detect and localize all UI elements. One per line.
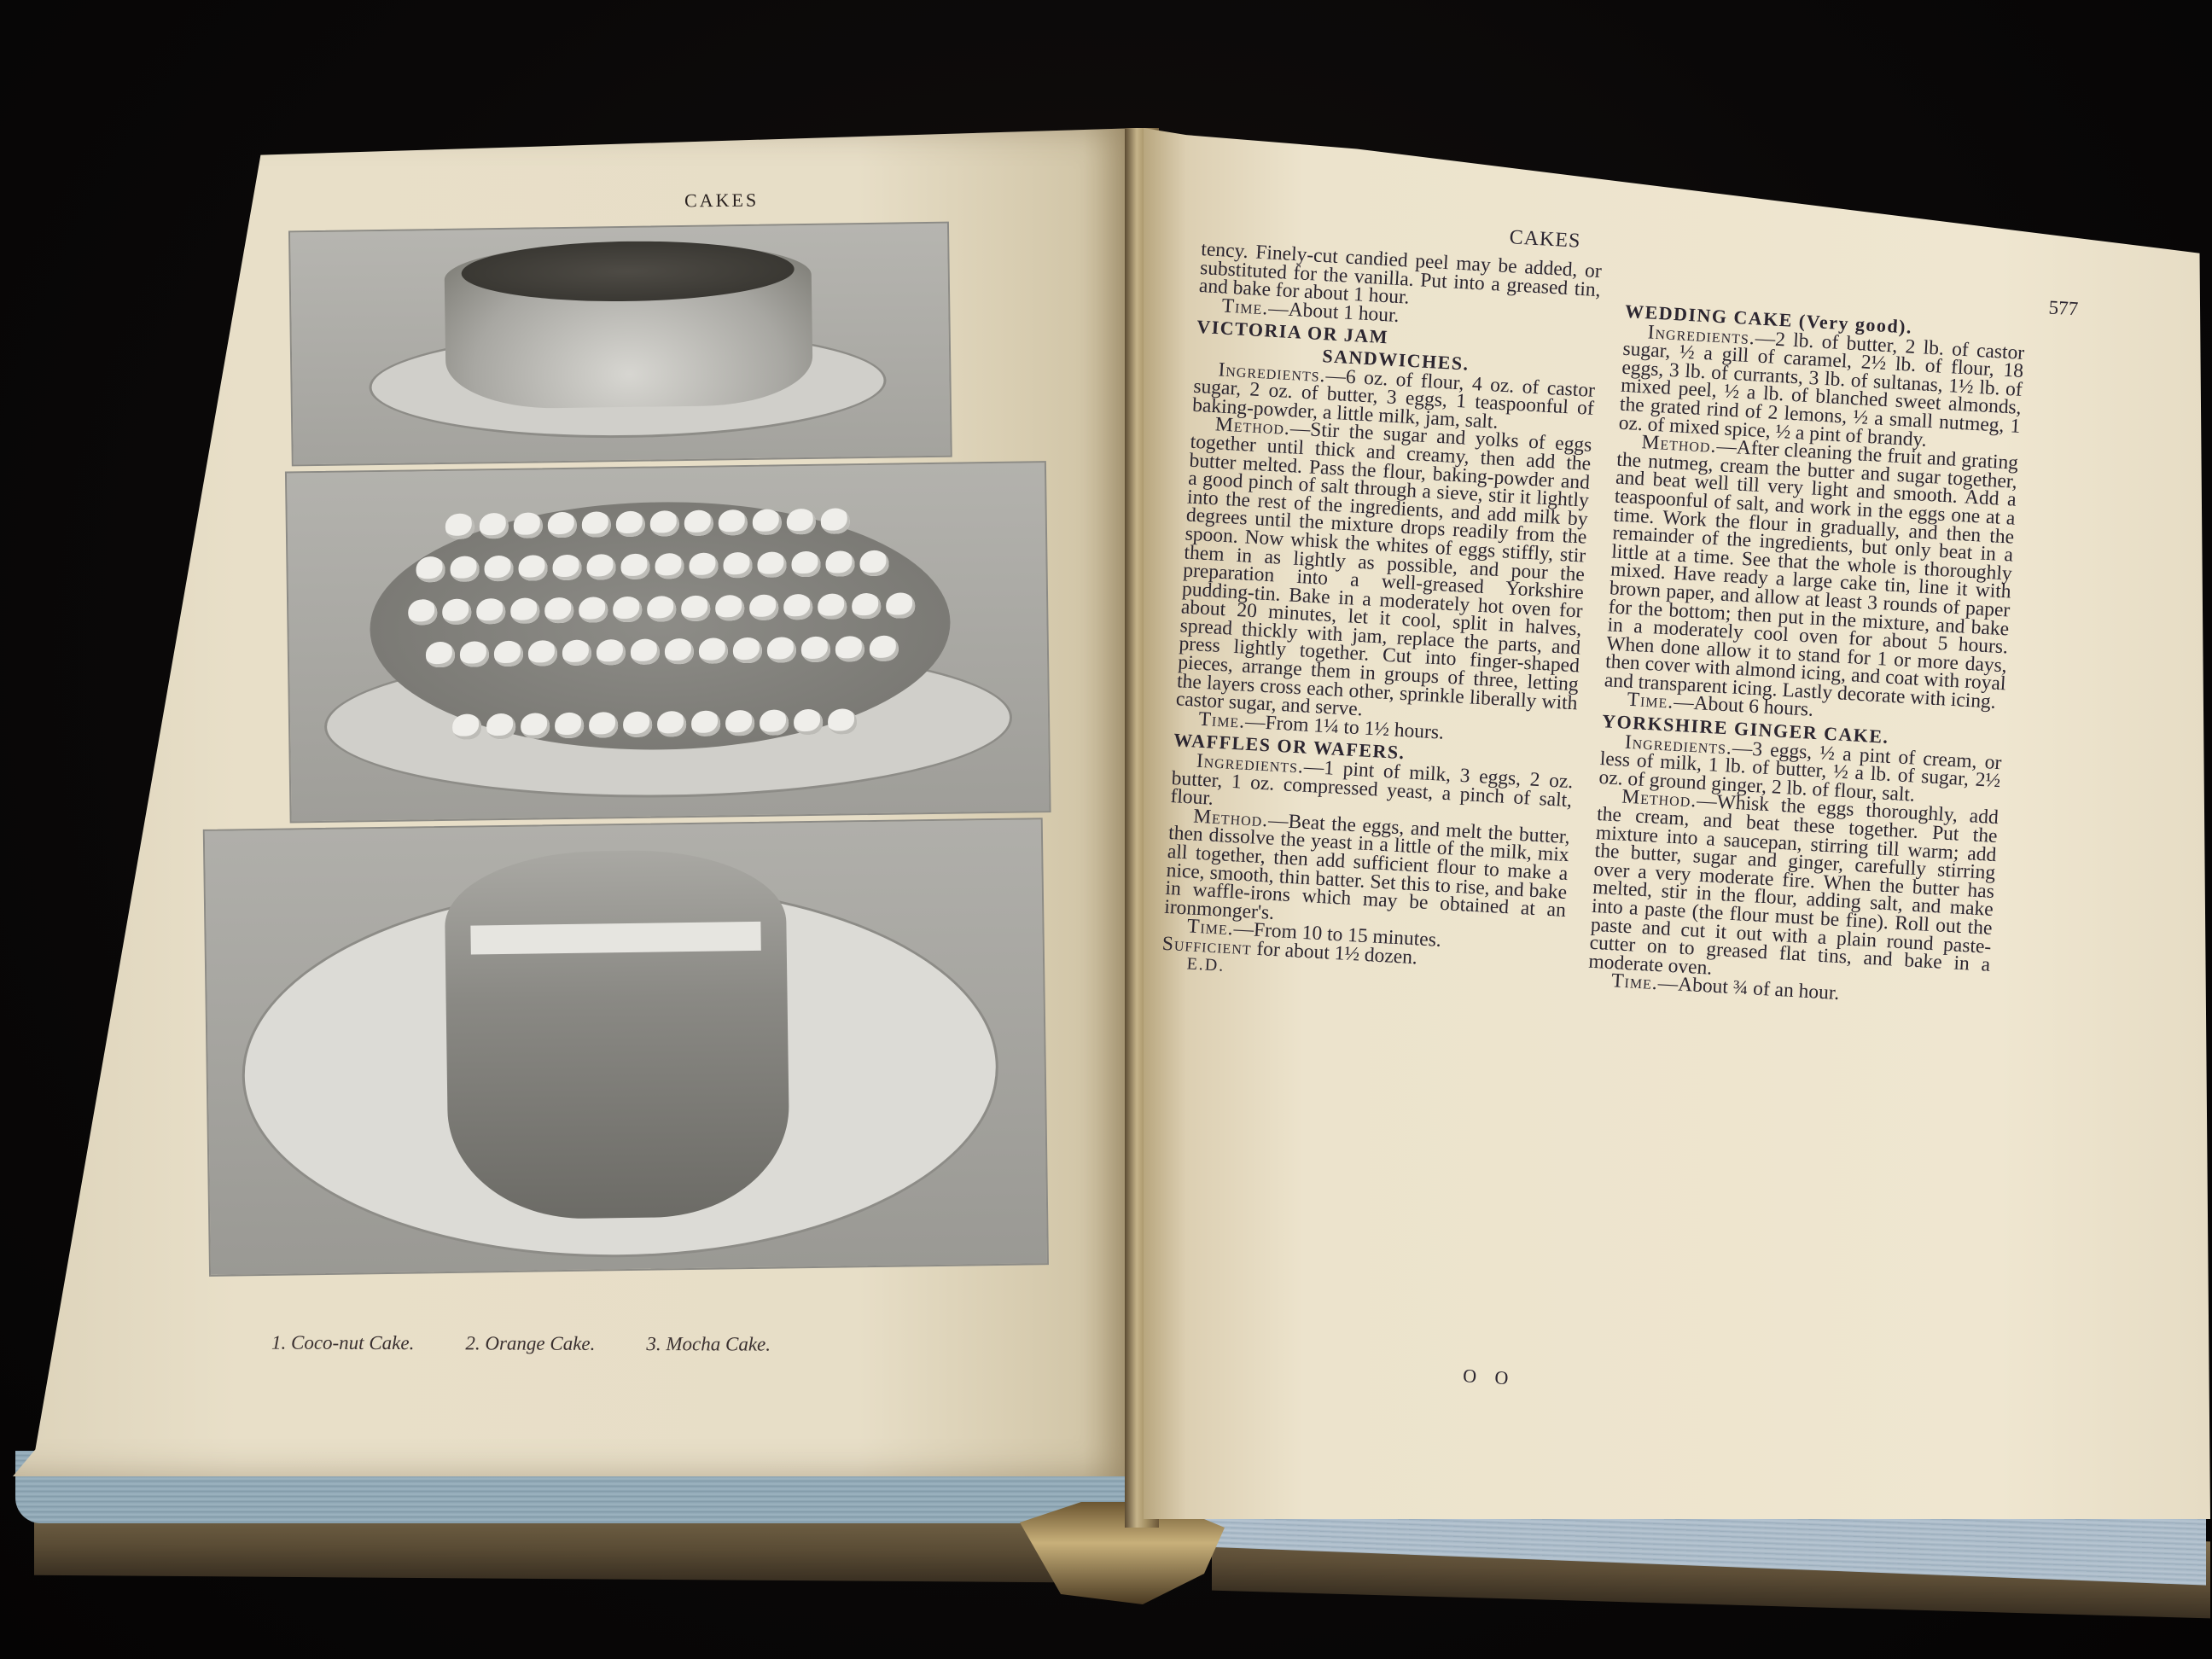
caption-item-3: 3. Mocha Cake.: [646, 1333, 771, 1356]
cake-label-band: [470, 922, 760, 955]
caption-item-1: 1. Coco-nut Cake.: [271, 1332, 414, 1355]
ginger-method: Method.—Whisk the eggs thoroughly, add t…: [1588, 787, 1999, 993]
photo-mocha-cake: [203, 818, 1049, 1277]
plate-caption: 1. Coco-nut Cake. 2. Orange Cake. 3. Moc…: [271, 1332, 971, 1357]
text-column-right: WEDDING CAKE (Very good). Ingredients.—2…: [1587, 299, 2027, 1012]
right-page-text: CAKES 577 tency. Finely-cut candied peel…: [1139, 241, 2087, 1398]
victoria-method: Method.—Stir the sugar and yolks of eggs…: [1175, 415, 1592, 731]
signature-oo: O O: [1463, 1366, 1516, 1388]
text-column-left: tency. Finely-cut candied peel may be ad…: [1161, 241, 1602, 994]
wedding-method: Method.—After cleaning the fruit and gra…: [1604, 433, 2018, 713]
right-running-head: CAKES: [1509, 229, 1581, 251]
cake-photo-plate: [195, 220, 1071, 1284]
photo-coconut-cake: [288, 222, 952, 467]
left-running-head: CAKES: [684, 189, 759, 212]
caption-item-2: 2. Orange Cake.: [465, 1332, 595, 1355]
mocha-cake-body: [444, 848, 790, 1220]
photo-scene: CAKES: [0, 0, 2212, 1659]
photo-orange-cake: [285, 461, 1051, 823]
page-number: 577: [2048, 299, 2079, 318]
